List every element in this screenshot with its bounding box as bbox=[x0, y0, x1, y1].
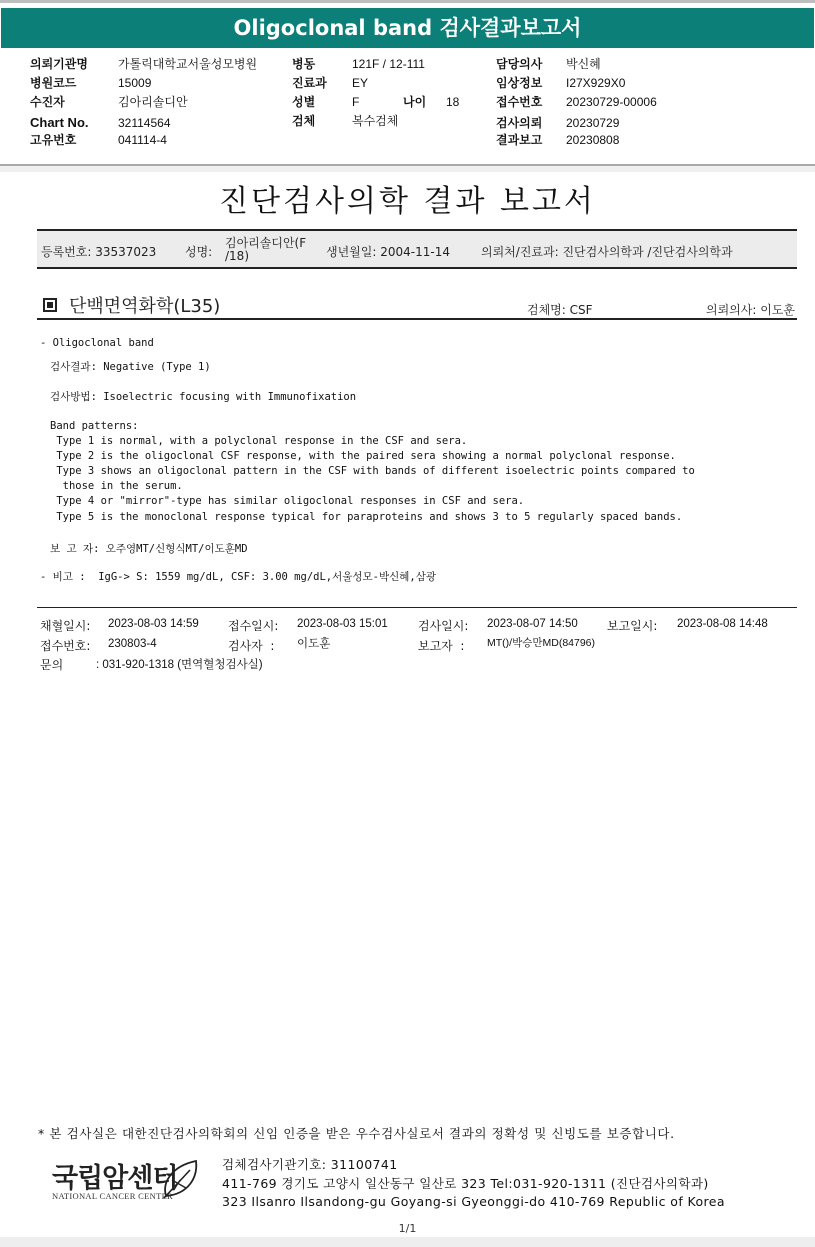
institution-code: 검체검사기관기호: 31100741 bbox=[222, 1155, 398, 1173]
band-pattern-line: Type 3 shows an oligoclonal pattern in t… bbox=[50, 465, 695, 477]
label-clinical-info: 임상정보 bbox=[496, 76, 542, 90]
label-ward: 병동 bbox=[292, 57, 315, 71]
birth-date: 생년월일: 2004-11-14 bbox=[326, 243, 450, 260]
value-ward: 121F / 12-111 bbox=[352, 57, 425, 71]
page-number: 1/1 bbox=[0, 1222, 815, 1235]
reporter-label: 보고자 : bbox=[418, 637, 464, 654]
band-pattern-line: Type 2 is the oligoclonal CSF response, … bbox=[50, 450, 676, 462]
value-patient: 김아리솔디안 bbox=[118, 95, 188, 109]
label-specimen: 검체 bbox=[292, 114, 315, 128]
label-patient: 수진자 bbox=[30, 95, 65, 109]
value-requesting-institution: 가톨릭대학교서울성모병원 bbox=[118, 57, 257, 71]
address-korean: 411-769 경기도 고양시 일산동구 일산로 323 Tel:031-920… bbox=[222, 1174, 709, 1192]
value-age: 18 bbox=[446, 95, 459, 109]
tester-value: 이도훈 bbox=[297, 635, 330, 651]
specimen-name: 검체명: CSF bbox=[527, 301, 593, 318]
test-result: 검사결과: Negative (Type 1) bbox=[50, 359, 211, 374]
collect-label: 채혈일시: bbox=[40, 617, 90, 634]
test-method: 검사방법: Isoelectric focusing with Immunofi… bbox=[50, 389, 356, 404]
receipt-no-label: 접수번호: bbox=[40, 637, 90, 654]
label-receipt-no: 접수번호 bbox=[496, 95, 542, 109]
label-attending-doctor: 담당의사 bbox=[496, 57, 542, 71]
label-department: 진료과 bbox=[292, 76, 327, 90]
receive-value: 2023-08-03 15:01 bbox=[297, 618, 388, 630]
section-header: 단백면역화학(L35) 검체명: CSF 의뢰의사: 이도훈 bbox=[37, 292, 797, 320]
value-attending-doctor: 박신혜 bbox=[566, 57, 601, 71]
collect-value: 2023-08-03 14:59 bbox=[108, 618, 199, 630]
label-hospital-code: 병원코드 bbox=[30, 76, 76, 90]
bottom-band bbox=[0, 1237, 815, 1247]
document-title: 진단검사의학 결과 보고서 bbox=[0, 176, 815, 220]
test-datetime-value: 2023-08-07 14:50 bbox=[487, 618, 578, 630]
value-hospital-code: 15009 bbox=[118, 76, 151, 90]
value-unique-no: 041114-4 bbox=[118, 133, 167, 147]
address-english: 323 Ilsanro Ilsandong-gu Goyang-si Gyeon… bbox=[222, 1194, 725, 1209]
label-sex: 성별 bbox=[292, 95, 315, 109]
value-clinical-info: I27X929X0 bbox=[566, 76, 625, 90]
receive-label: 접수일시: bbox=[228, 617, 278, 634]
section-title: 단백면역화학(L35) bbox=[69, 292, 220, 318]
band-pattern-line: Type 5 is the monoclonal response typica… bbox=[50, 511, 682, 523]
value-specimen: 복수검체 bbox=[352, 114, 398, 128]
square-bullet-icon bbox=[43, 298, 57, 312]
label-requesting-institution: 의뢰기관명 bbox=[30, 57, 88, 71]
info-block: 의뢰기관명 가톨릭대학교서울성모병원 병원코드 15009 수진자 김아리솔디안… bbox=[0, 0, 815, 160]
label-chart-no: Chart No. bbox=[30, 116, 89, 130]
value-sex: F bbox=[352, 95, 359, 109]
inquiry-label: 문의 bbox=[40, 656, 63, 673]
footer-divider bbox=[37, 607, 797, 608]
remark: - 비고 : IgG-> S: 1559 mg/dL, CSF: 3.00 mg… bbox=[40, 569, 436, 584]
test-name: - Oligoclonal band bbox=[40, 337, 154, 349]
band-pattern-line: Type 4 or "mirror"-type has similar olig… bbox=[50, 495, 524, 507]
requesting-department: 의뢰처/진료과: 진단검사의학과 /진단검사의학과 bbox=[481, 243, 733, 260]
receipt-no-value: 230803-4 bbox=[108, 638, 157, 650]
logo-korean: 국립암센터 bbox=[52, 1156, 177, 1195]
band-pattern-line: Type 1 is normal, with a polyclonal resp… bbox=[50, 435, 467, 447]
label-test-request: 검사의뢰 bbox=[496, 116, 542, 130]
requesting-doctor: 의뢰의사: 이도훈 bbox=[706, 301, 795, 318]
value-test-request: 20230729 bbox=[566, 116, 619, 130]
logo-english: NATIONAL CANCER CENTER bbox=[52, 1191, 173, 1201]
inquiry-value: : 031-920-1318 (면역혈청검사실) bbox=[96, 656, 263, 672]
value-department: EY bbox=[352, 76, 368, 90]
tester-label: 검사자 : bbox=[228, 637, 274, 654]
divider-band bbox=[0, 166, 815, 172]
reporter-value: MT()/박승만MD(84796) bbox=[487, 635, 595, 650]
patient-name-line2: /18) bbox=[225, 249, 249, 263]
label-unique-no: 고유번호 bbox=[30, 133, 76, 147]
leaf-logo-icon bbox=[160, 1158, 200, 1200]
patient-bar: 등록번호: 33537023 성명: 김아리솔디안(F /18) 생년월일: 2… bbox=[37, 229, 797, 269]
label-age: 나이 bbox=[403, 95, 426, 109]
value-result-report: 20230808 bbox=[566, 133, 619, 147]
value-receipt-no: 20230729-00006 bbox=[566, 95, 657, 109]
label-result-report: 결과보고 bbox=[496, 133, 542, 147]
test-datetime-label: 검사일시: bbox=[418, 617, 468, 634]
certification-notice: * 본 검사실은 대한진단검사의학회의 신임 인증을 받은 우수검사실로서 결과… bbox=[38, 1124, 675, 1142]
report-datetime-value: 2023-08-08 14:48 bbox=[677, 618, 768, 630]
band-patterns-title: Band patterns: bbox=[50, 420, 139, 432]
report-datetime-label: 보고일시: bbox=[607, 617, 657, 634]
registration-number: 등록번호: 33537023 bbox=[41, 243, 156, 260]
reporters: 보 고 자: 오주영MT/신형식MT/이도훈MD bbox=[50, 541, 248, 556]
band-pattern-line: those in the serum. bbox=[50, 480, 183, 492]
value-chart-no: 32114564 bbox=[118, 116, 171, 130]
patient-name-label: 성명: bbox=[185, 243, 212, 260]
